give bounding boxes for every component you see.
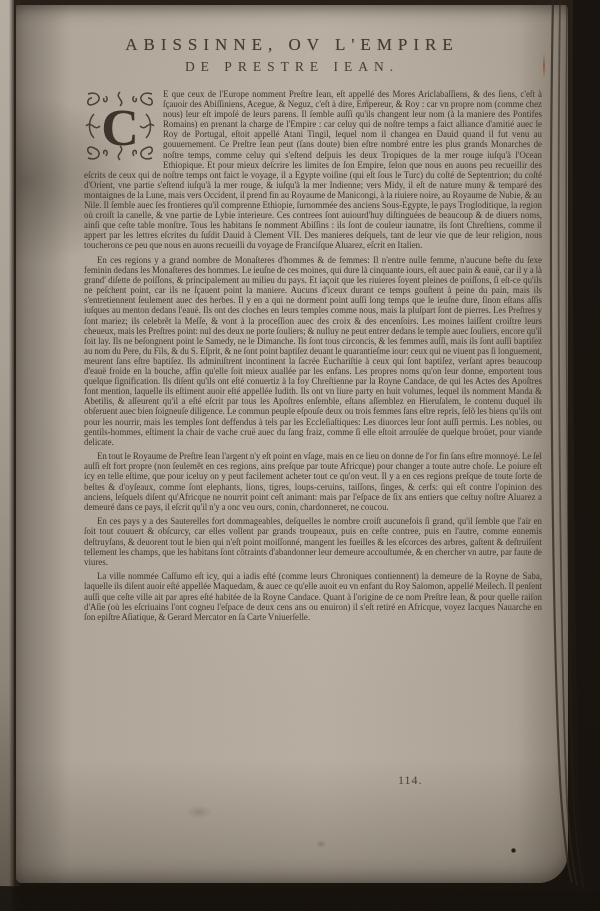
book-photo: ABISSINNE, OV L'EMPIRE DE PRESTRE IEAN. … (0, 0, 600, 911)
book-page: ABISSINNE, OV L'EMPIRE DE PRESTRE IEAN. … (16, 5, 568, 883)
page-title: ABISSINNE, OV L'EMPIRE (16, 35, 568, 55)
paper-stain (186, 805, 212, 819)
page-number: 114. (398, 773, 423, 788)
paragraph: En ces pays y a des Sauterelles fort dom… (84, 516, 542, 566)
drop-cap-ornament: C (84, 90, 156, 162)
chapter-heading: ABISSINNE, OV L'EMPIRE DE PRESTRE IEAN. (16, 35, 568, 75)
paragraph: En ces regions y a grand nombre de Monaſ… (84, 255, 542, 447)
ink-speck (511, 848, 516, 853)
body-text: C E que ceux de l'Europe nomment Preſtre… (84, 89, 542, 626)
paragraph: C E que ceux de l'Europe nomment Preſtre… (84, 89, 542, 251)
page-subtitle: DE PRESTRE IEAN. (16, 59, 568, 75)
drop-cap-letter: C (101, 100, 139, 157)
paper-stain (316, 840, 326, 848)
paragraph: En tout le Royaume de Preſtre Iean l'arg… (84, 451, 542, 512)
paragraph: La ville nommée Caſſumo eſt icy, qui a i… (84, 571, 542, 621)
